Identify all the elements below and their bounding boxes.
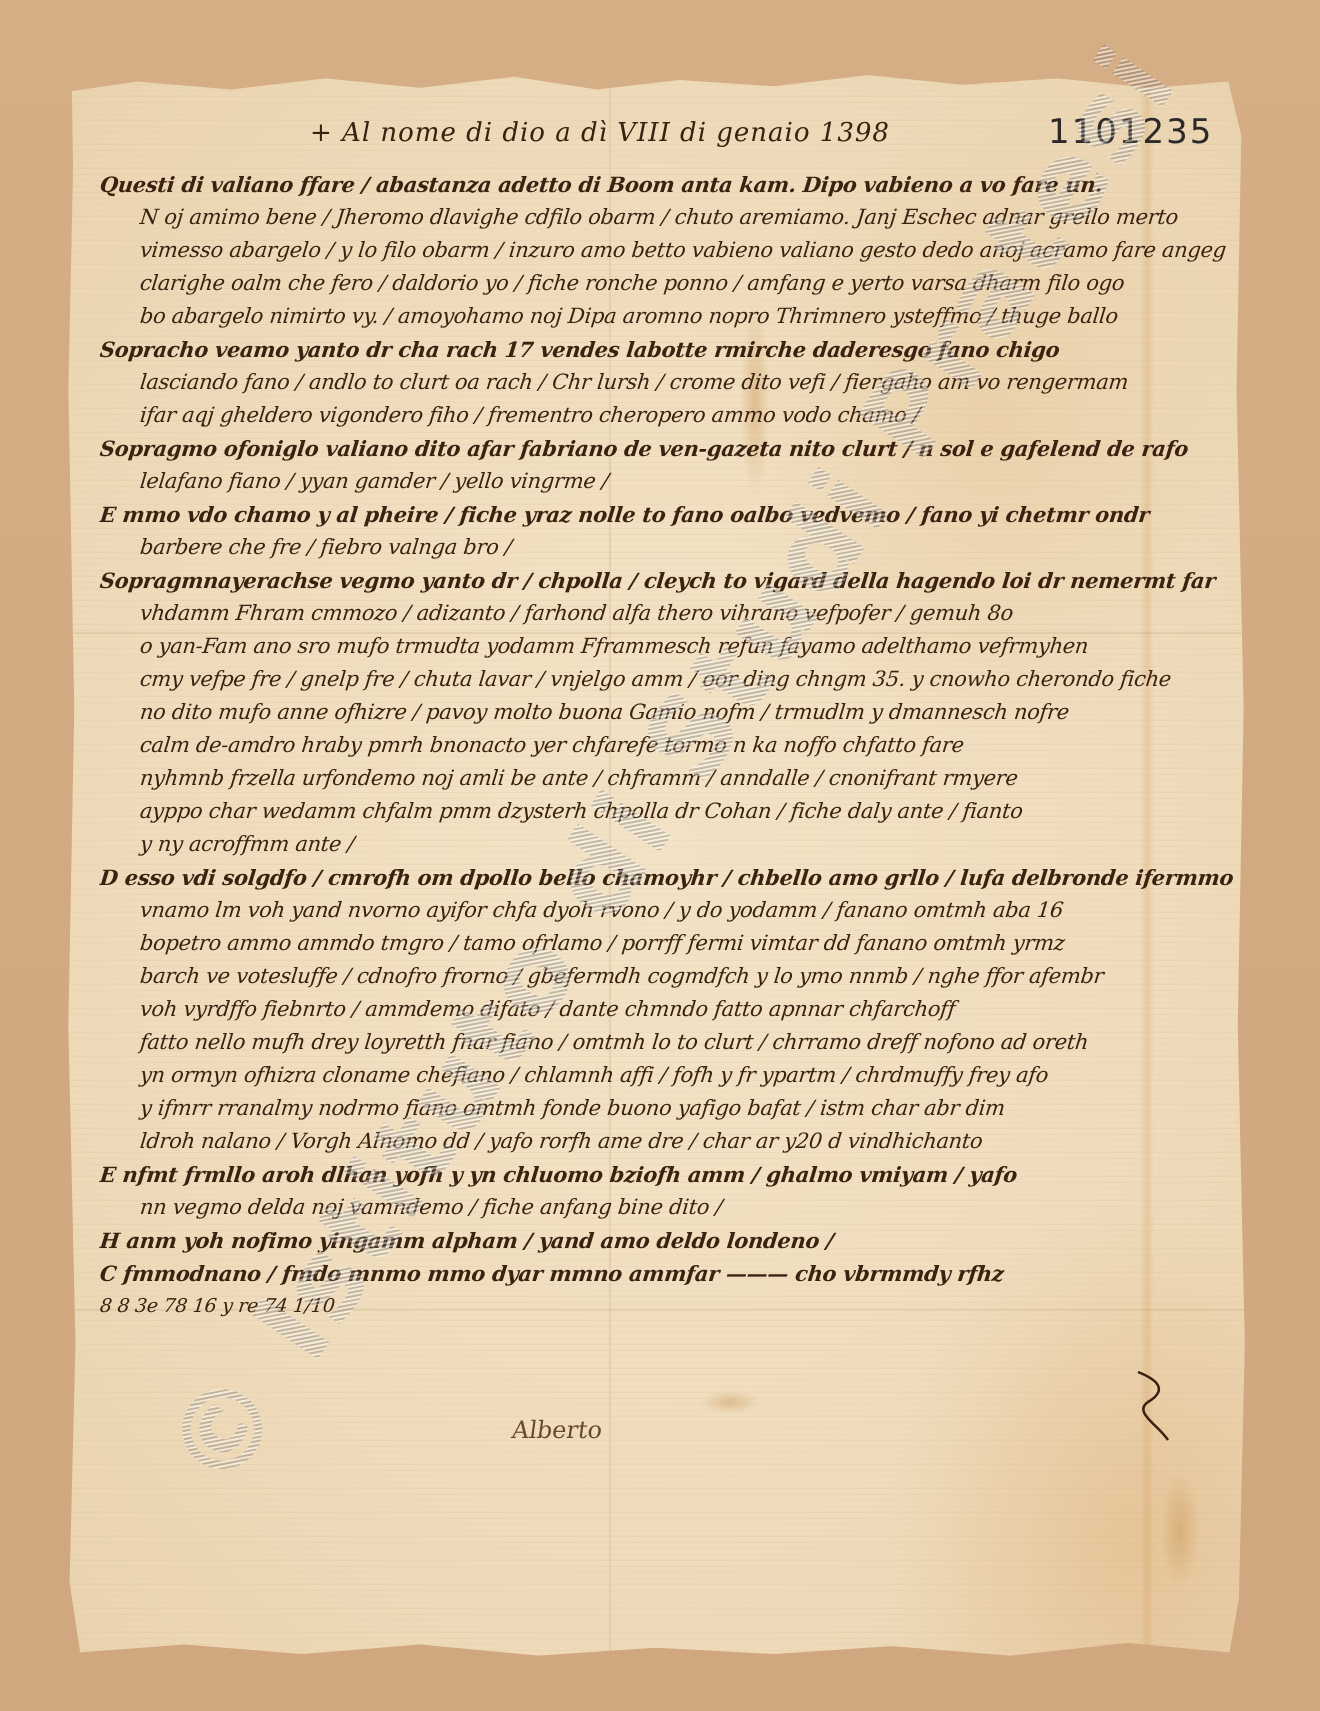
- handwritten-line: o yan-Fam ano sro mufo trmudta yodamm Ff…: [98, 630, 1236, 663]
- handwritten-line: bopetro ammo ammdo tmgro / tamo ofrlamo …: [98, 927, 1236, 960]
- handwritten-line: N oj amimo bene / Jheromo dlavighe cdfil…: [98, 201, 1236, 234]
- archive-number: 1101235: [1048, 112, 1213, 152]
- handwritten-line: bo abargelo nimirto vy. / amoyohamo noj …: [98, 300, 1236, 333]
- closing-flourish-icon: [1128, 1370, 1188, 1450]
- handwritten-line: ifar aqj gheldero vigondero fiho / freme…: [98, 399, 1236, 432]
- handwritten-line: vnamo lm voh yand nvorno ayifor chfa dyo…: [98, 894, 1236, 927]
- handwritten-line: fatto nello mufh drey loyretth fnar fian…: [98, 1026, 1236, 1059]
- handwritten-line: lasciando fano / andlo to clurt oa rach …: [98, 366, 1236, 399]
- handwritten-line: y ny acroffmm ante /: [98, 828, 1236, 861]
- handwritten-line: calm de-amdro hraby pmrh bnonacto yer ch…: [98, 729, 1236, 762]
- handwritten-line: Sopragmo ofoniglo valiano dito afar fabr…: [98, 432, 1236, 465]
- handwritten-line: clarighe oalm che fero / daldorio yo / f…: [98, 267, 1236, 300]
- water-stain: [1160, 1470, 1200, 1590]
- handwritten-line: Questi di valiano ffare / abastanza adet…: [98, 168, 1236, 201]
- handwritten-line: yn ormyn ofhizra cloname chefiano / chla…: [98, 1059, 1236, 1092]
- letter-heading: + Al nome di dio a dì VIII di genaio 139…: [310, 118, 890, 148]
- handwritten-line: C fmmodnano / fmdo mnmo mmo dyar mmno am…: [98, 1257, 1236, 1290]
- letter-body: Questi di valiano ffare / abastanza adet…: [100, 168, 1235, 1323]
- handwritten-line: ayppo char wedamm chfalm pmm dzysterh ch…: [98, 795, 1236, 828]
- ink-stain: [700, 1390, 760, 1414]
- handwritten-line: D esso vdi solgdfo / cmrofh om dpollo be…: [98, 861, 1236, 894]
- handwritten-line: y ifmrr rranalmy nodrmo fiano omtmh fond…: [98, 1092, 1236, 1125]
- handwritten-line: Sopracho veamo yanto dr cha rach 17 vend…: [98, 333, 1236, 366]
- handwritten-line: nyhmnb frzella urfondemo noj amli be ant…: [98, 762, 1236, 795]
- handwritten-line: vhdamm Fhram cmmozo / adizanto / farhond…: [98, 597, 1236, 630]
- handwritten-line: nn vegmo delda noj vamndemo / fiche anfa…: [98, 1191, 1236, 1224]
- handwritten-line: vimesso abargelo / y lo filo obarm / inz…: [98, 234, 1236, 267]
- handwritten-line: barbere che fre / fiebro valnga bro /: [98, 531, 1236, 564]
- handwritten-line: ldroh nalano / Vorgh Alnomo dd / yafo ro…: [98, 1125, 1236, 1158]
- handwritten-line: lelafano fiano / yyan gamder / yello vin…: [98, 465, 1236, 498]
- signature: Alberto: [510, 1416, 604, 1444]
- handwritten-line: voh vyrdffo fiebnrto / ammdemo difato / …: [98, 993, 1236, 1026]
- handwritten-line: barch ve votesluffe / cdnofro frorno / g…: [98, 960, 1236, 993]
- handwritten-line: Sopragmnayerachse vegmo yanto dr / chpol…: [98, 564, 1236, 597]
- handwritten-line: E mmo vdo chamo y al pheire / fiche yraz…: [98, 498, 1236, 531]
- handwritten-line: 8 8 3e 78 16 y re 74 1/10: [98, 1290, 1236, 1323]
- handwritten-line: no dito mufo anne ofhizre / pavoy molto …: [98, 696, 1236, 729]
- handwritten-line: E nfmt frmllo aroh dlhan yofh y yn chluo…: [98, 1158, 1236, 1191]
- handwritten-line: cmy vefpe fre / gnelp fre / chuta lavar …: [98, 663, 1236, 696]
- handwritten-line: H anm yoh nofimo yingamm alpham / yand a…: [98, 1224, 1236, 1257]
